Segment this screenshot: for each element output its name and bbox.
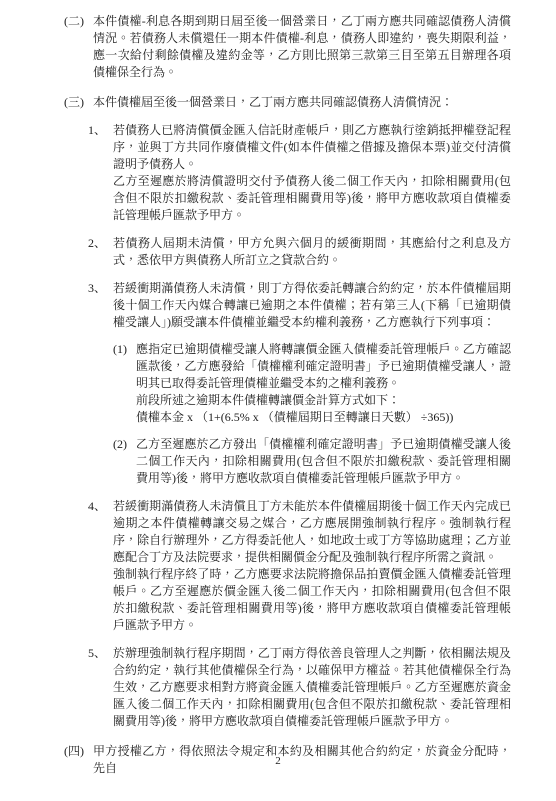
section-body: 本件債權-利息各期到期日屆至後一個營業日，乙丁兩方應共同確認債務人清償情況。若債… — [93, 13, 511, 81]
section-label: (三) — [64, 94, 93, 111]
item-body: 若債務人屆期未清償，甲方允與六個月的緩衝期間，其應給付之利息及方式，悉依甲方與債… — [113, 235, 511, 269]
subitem-body: 乙方至遲應於乙方發出「債權權利確定證明書」予已逾期債權受讓人後二個工作天內，扣除… — [136, 436, 511, 487]
subitem-paragraph: 應指定已逾期債權受讓人將轉讓價金匯入債權委託管理帳戶。乙方確認匯款後，乙方應發給… — [136, 341, 511, 392]
item-label: 3、 — [88, 280, 113, 487]
section-body: 本件債權屆至後一個營業日，乙丁兩方應共同確認債務人清償情況： — [93, 94, 511, 111]
item-body: 若緩衝期滿債務人未清償且丁方未能於本件債權屆期後十個工作天內完成已逾期之本件債權… — [113, 498, 511, 634]
item-label: 2、 — [88, 235, 113, 269]
document-page: (二) 本件債權-利息各期到期日屆至後一個營業日，乙丁兩方應共同確認債務人清償情… — [0, 0, 556, 801]
subitem-paragraph: 前段所述之逾期本件債權轉讓價金計算方式如下： — [136, 392, 511, 409]
subitem-label: (2) — [113, 436, 136, 487]
item-paragraph: 若緩衝期滿債務人未清償且丁方未能於本件債權屆期後十個工作天內完成已逾期之本件債權… — [113, 498, 511, 566]
item-label: 5、 — [88, 645, 113, 730]
item-paragraph: 若緩衝期滿債務人未清償，則丁方得依委託轉讓合約約定，於本件債權屆期後十個工作天內… — [113, 280, 511, 331]
item-body: 於辦理強制執行程序期間，乙丁兩方得依善良管理人之判斷，依相關法規及合約約定，執行… — [113, 645, 511, 730]
section-paragraph: 本件債權屆至後一個營業日，乙丁兩方應共同確認債務人清償情況： — [93, 94, 511, 111]
subitem-body: 應指定已逾期債權受讓人將轉讓價金匯入債權委託管理帳戶。乙方確認匯款後，乙方應發給… — [136, 341, 511, 426]
list-item-3: 3、 若緩衝期滿債務人未清償，則丁方得依委託轉讓合約約定，於本件債權屆期後十個工… — [88, 280, 511, 487]
list-item-1: 1、 若債務人已將清償價金匯入信託財產帳戶，則乙方應執行塗銷抵押權登記程序，並與… — [88, 122, 511, 224]
subitem-paragraph: 乙方至遲應於乙方發出「債權權利確定證明書」予已逾期債權受讓人後二個工作天內，扣除… — [136, 436, 511, 487]
item-paragraph: 乙方至遲應於將清償證明交付予債務人後二個工作天內，扣除相關費用(包含但不限於扣繳… — [113, 173, 511, 224]
section-3: (三) 本件債權屆至後一個營業日，乙丁兩方應共同確認債務人清償情況： 1、 若債… — [64, 94, 511, 730]
page-number: 2 — [0, 753, 556, 770]
transfer-price-formula: 債權本金 x （1+(6.5% x （債權屆期日至轉讓日天數） ÷365)) — [136, 409, 511, 426]
document-content: (二) 本件債權-利息各期到期日屆至後一個營業日，乙丁兩方應共同確認債務人清償情… — [64, 13, 511, 790]
sub-item-1: (1) 應指定已逾期債權受讓人將轉讓價金匯入債權委託管理帳戶。乙方確認匯款後，乙… — [113, 341, 511, 426]
item-paragraph: 於辦理強制執行程序期間，乙丁兩方得依善良管理人之判斷，依相關法規及合約約定，執行… — [113, 645, 511, 730]
subitem-label: (1) — [113, 341, 136, 426]
list-item-5: 5、 於辦理強制執行程序期間，乙丁兩方得依善良管理人之判斷，依相關法規及合約約定… — [88, 645, 511, 730]
section-paragraph: 本件債權-利息各期到期日屆至後一個營業日，乙丁兩方應共同確認債務人清償情況。若債… — [93, 13, 511, 81]
item-paragraph: 若債務人屆期未清償，甲方允與六個月的緩衝期間，其應給付之利息及方式，悉依甲方與債… — [113, 235, 511, 269]
item-paragraph: 若債務人已將清償價金匯入信託財產帳戶，則乙方應執行塗銷抵押權登記程序，並與丁方共… — [113, 122, 511, 173]
section-label: (二) — [64, 13, 93, 81]
item-body: 若緩衝期滿債務人未清償，則丁方得依委託轉讓合約約定，於本件債權屆期後十個工作天內… — [113, 280, 511, 487]
section-3-head: (三) 本件債權屆至後一個營業日，乙丁兩方應共同確認債務人清償情況： — [64, 94, 511, 111]
item-paragraph: 強制執行程序終了時，乙方應要求法院將擔保品拍賣價金匯入債權委託管理帳戶。乙方至遲… — [113, 566, 511, 634]
list-item-2: 2、 若債務人屆期未清償，甲方允與六個月的緩衝期間，其應給付之利息及方式，悉依甲… — [88, 235, 511, 269]
item-label: 1、 — [88, 122, 113, 224]
section-2-head: (二) 本件債權-利息各期到期日屆至後一個營業日，乙丁兩方應共同確認債務人清償情… — [64, 13, 511, 81]
list-item-4: 4、 若緩衝期滿債務人未清償且丁方未能於本件債權屆期後十個工作天內完成已逾期之本… — [88, 498, 511, 634]
section-2: (二) 本件債權-利息各期到期日屆至後一個營業日，乙丁兩方應共同確認債務人清償情… — [64, 13, 511, 81]
item-body: 若債務人已將清償價金匯入信託財產帳戶，則乙方應執行塗銷抵押權登記程序，並與丁方共… — [113, 122, 511, 224]
sub-item-2: (2) 乙方至遲應於乙方發出「債權權利確定證明書」予已逾期債權受讓人後二個工作天… — [113, 436, 511, 487]
item-label: 4、 — [88, 498, 113, 634]
